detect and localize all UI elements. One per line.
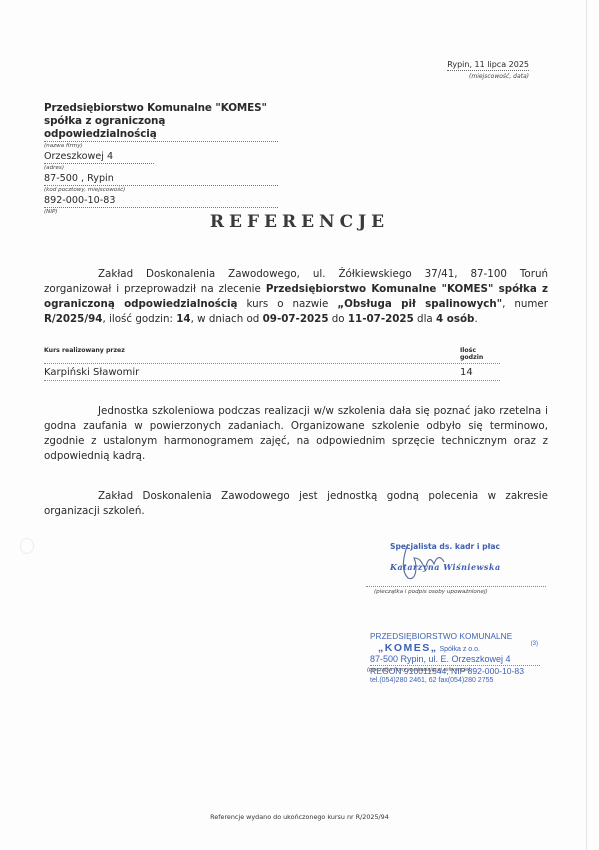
signature-role: Specjalista ds. kadr i płac — [390, 542, 500, 551]
date-caption: (miejscowość, data) — [447, 73, 529, 80]
instructor-name: Karpiński Sławomir — [44, 367, 460, 378]
company-caption: (nazwa firmy) — [44, 143, 278, 149]
company-name: Przedsiębiorstwo Komunalne "KOMES" spółk… — [44, 102, 278, 142]
text: dla — [414, 313, 436, 325]
signature-line — [366, 586, 546, 587]
company-name-line2: spółka z ograniczoną odpowiedzialnością — [44, 115, 278, 141]
text: kurs o nazwie — [237, 298, 337, 310]
stamp-komes-line: „KOMES„ Spółka z o.o. (3) — [370, 642, 540, 654]
text: . — [474, 313, 477, 325]
text: do — [329, 313, 348, 325]
stamp-regon-nip: REGON 910011544, NIP 892-000-10-83 (piec… — [370, 666, 540, 677]
header-hours: Ilośc godzin — [460, 347, 500, 361]
page-edge — [586, 0, 587, 850]
signature-name: Katarzyna Wiśniewska — [390, 562, 501, 572]
table-row: Karpiński Sławomir 14 — [44, 364, 500, 381]
text: Zakład Doskonalenia Zawodowego jest jedn… — [44, 490, 548, 517]
date-value: Rypin, 11 lipca 2025 — [447, 60, 529, 71]
company-name-line1: Przedsiębiorstwo Komunalne "KOMES" — [44, 102, 278, 115]
stamp-komes: „KOMES„ — [378, 642, 438, 654]
participants: 4 osób — [436, 313, 474, 325]
document-title: REFERENCJE — [0, 212, 599, 232]
signature-stamp: Specjalista ds. kadr i płac Katarzyna Wi… — [376, 538, 546, 590]
paragraph-course-info: Zakład Doskonalenia Zawodowego, ul. Żółk… — [44, 267, 548, 327]
paragraph-evaluation: Jednostka szkoleniowa podczas realizacji… — [44, 404, 548, 464]
paragraph-recommendation: Zakład Doskonalenia Zawodowego jest jedn… — [44, 489, 548, 519]
company-stamp: PRZEDSIĘBIORSTWO KOMUNALNE „KOMES„ Spółk… — [370, 632, 540, 684]
date-from: 09-07-2025 — [263, 313, 329, 325]
course-table-header: Kurs realizowany przez Ilośc godzin — [44, 347, 500, 364]
text: , w dniach od — [191, 313, 263, 325]
date-block: Rypin, 11 lipca 2025 (miejscowość, data) — [447, 52, 529, 80]
text: , numer — [502, 298, 548, 310]
stamp-caption: (pieczątka firmy wystawiającej referencj… — [367, 665, 470, 676]
punch-hole-mark — [20, 538, 34, 554]
text: , ilość godzin: — [102, 313, 176, 325]
stamp-company-line: PRZEDSIĘBIORSTWO KOMUNALNE — [370, 632, 540, 641]
stamp-phone: tel.(054)280 2461, 62 fax(054)280 2755 — [370, 677, 540, 684]
recipient-block: Przedsiębiorstwo Komunalne "KOMES" spółk… — [44, 102, 278, 216]
header-instructor: Kurs realizowany przez — [44, 347, 460, 361]
postal-city-caption: (kod pocztowy, miejscowość) — [44, 187, 278, 193]
stamp-company-form: Spółka z o.o. — [439, 646, 479, 653]
address-caption: (adres) — [44, 165, 278, 171]
date-to: 11-07-2025 — [348, 313, 414, 325]
course-name: „Obsługa pił spalinowych" — [337, 298, 502, 310]
footer-note: Referencje wydano do ukończonego kursu n… — [0, 813, 599, 821]
course-hours: 14 — [176, 313, 190, 325]
stamp-number: (3) — [531, 641, 538, 647]
nip-value: 892-000-10-83 — [44, 194, 278, 208]
course-number: R/2025/94 — [44, 313, 102, 325]
address-value: Orzeszkowej 4 — [44, 150, 154, 164]
signature-caption: (pieczątka i podpis osoby upoważnionej) — [374, 589, 488, 595]
text: Jednostka szkoleniowa podczas realizacji… — [44, 405, 548, 462]
course-table: Kurs realizowany przez Ilośc godzin Karp… — [44, 347, 500, 381]
instructor-hours: 14 — [460, 367, 500, 378]
postal-city-value: 87-500 , Rypin — [44, 172, 278, 186]
